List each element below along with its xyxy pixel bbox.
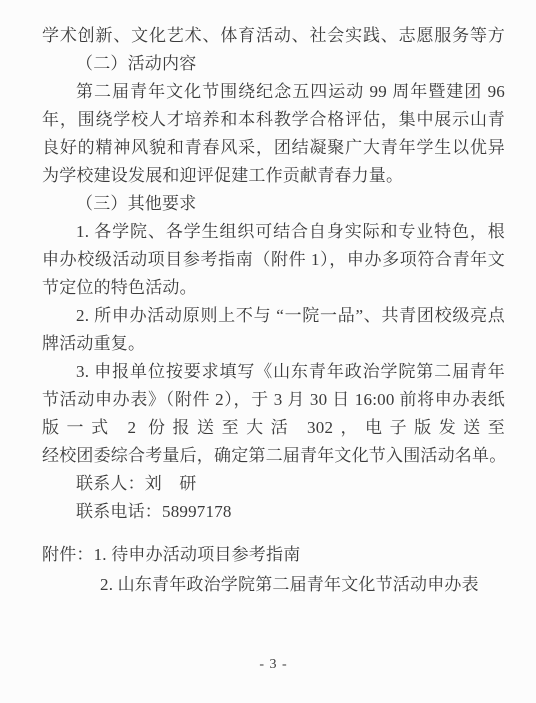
text-line: 节定位的特色活动。 xyxy=(42,274,505,302)
contact-phone-line: 联系电话：58997178 xyxy=(42,498,505,526)
section-heading: （三）其他要求 xyxy=(42,190,505,218)
contact-person-line: 联系人：刘 研 xyxy=(42,470,505,498)
text-line: 牌活动重复。 xyxy=(42,330,505,358)
text-line: 第二届青年文化节围绕纪念五四运动 99 周年暨建团 96 周 xyxy=(42,78,505,106)
text-line: 为学校建设发展和迎评促建工作贡献青春力量。 xyxy=(42,162,505,190)
attachment-item-1: 附件：1. 待申办活动项目参考指南 xyxy=(42,540,505,570)
attachments-block: 附件：1. 待申办活动项目参考指南 2. 山东青年政治学院第二届青年文化节活动申… xyxy=(42,540,505,600)
text-line: 1. 各学院、各学生组织可结合自身实际和专业特色，根据待 xyxy=(42,218,505,246)
text-line: 2. 所申办活动原则上不与 “一院一品”、共青团校级亮点品 xyxy=(42,302,505,330)
text-line: 学术创新、文化艺术、体育活动、社会实践、志愿服务等方面。 xyxy=(42,22,505,50)
text-line: 经校团委综合考量后，确定第二届青年文化节入围活动名单。 xyxy=(42,442,505,470)
attachment-item-2: 2. 山东青年政治学院第二届青年文化节活动申办表 xyxy=(42,570,505,600)
text-line: 良好的精神风貌和青春风采，团结凝聚广大青年学生以优异成绩 xyxy=(42,134,505,162)
document-page: 学术创新、文化艺术、体育活动、社会实践、志愿服务等方面。 （二）活动内容 第二届… xyxy=(0,0,536,703)
text-line: 申办校级活动项目参考指南（附件 1），申办多项符合青年文化 xyxy=(42,246,505,274)
text-line: 年，围绕学校人才培养和本科教学合格评估，集中展示山青学子 xyxy=(42,106,505,134)
page-number: - 3 - xyxy=(42,656,505,674)
text-line: 版一式 2 份报送至大活 302，电子版发送至 liuyan@sdyu.edu.… xyxy=(42,414,505,442)
text-line: 3. 申报单位按要求填写《山东青年政治学院第二届青年文化 xyxy=(42,358,505,386)
text-line: 节活动申办表》（附件 2），于 3 月 30 日 16:00 前将申办表纸质 xyxy=(42,386,505,414)
section-heading: （二）活动内容 xyxy=(42,50,505,78)
